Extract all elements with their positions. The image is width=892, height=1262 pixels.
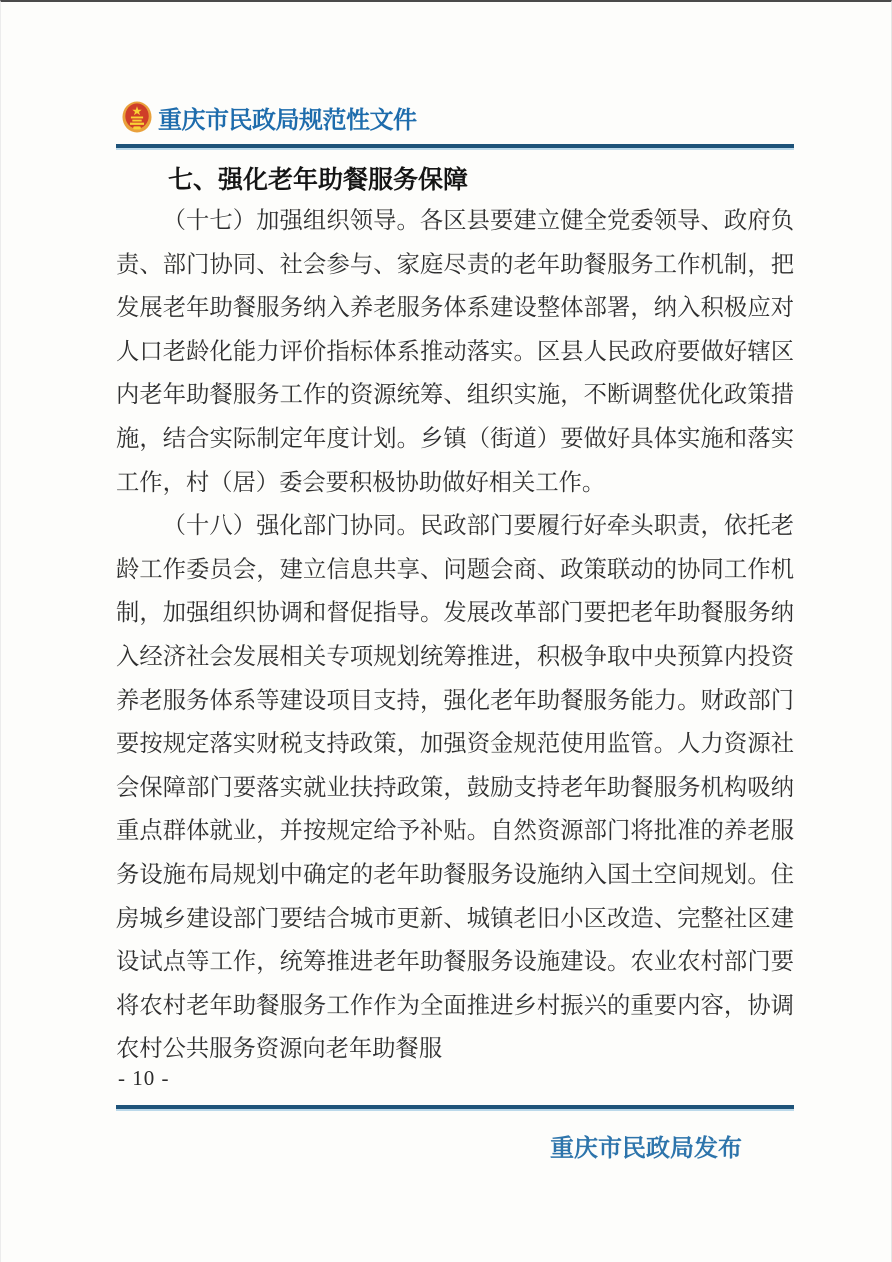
header-title: 重庆市民政局规范性文件 (158, 100, 417, 135)
footer-divider (116, 1105, 794, 1111)
body-paragraph: （十八）强化部门协同。民政部门要履行好牵头职责，依托老龄工作委员会，建立信息共享… (116, 505, 794, 1072)
body-paragraph: （十七）加强组织领导。各区县要建立健全党委领导、政府负责、部门协同、社会参与、家… (116, 200, 794, 505)
national-emblem-icon (122, 101, 152, 133)
document-body: （十七）加强组织领导。各区县要建立健全党委领导、政府负责、部门协同、社会参与、家… (116, 200, 794, 1074)
page-number: - 10 - (118, 1066, 170, 1091)
document-page: 重庆市民政局规范性文件 七、强化老年助餐服务保障 （十七）加强组织领导。各区县要… (0, 0, 892, 1262)
footer-publisher: 重庆市民政局发布 (116, 1128, 794, 1163)
header-divider (116, 144, 794, 150)
document-header: 重庆市民政局规范性文件 (122, 98, 800, 136)
section-heading: 七、强化老年助餐服务保障 (116, 160, 794, 200)
